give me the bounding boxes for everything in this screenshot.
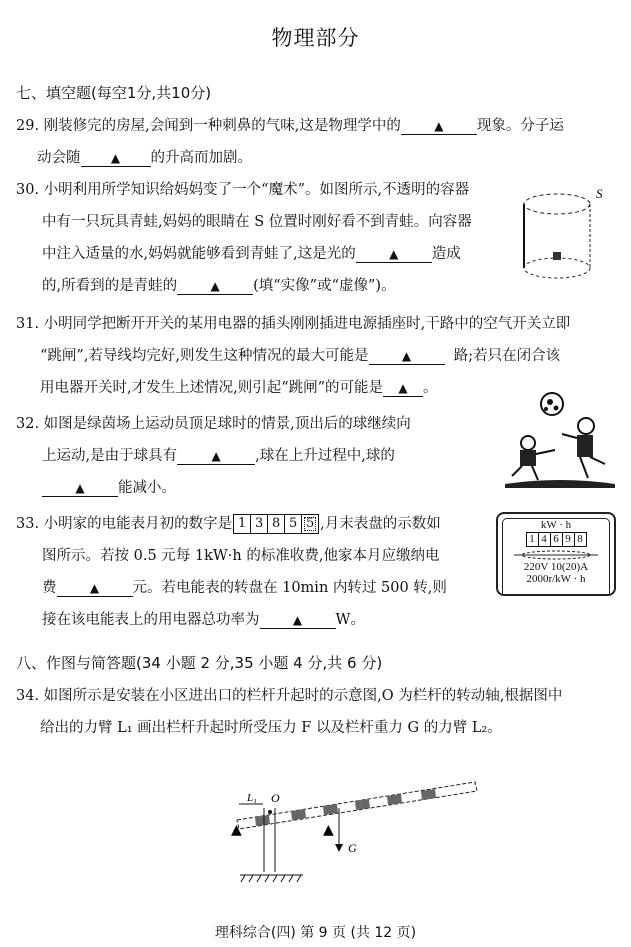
question-29-line1: 29. 刚装修完的房屋,会闻到一种刺鼻的气味,这是物理学中的▲现象。分子运: [16, 116, 564, 136]
answer-blank[interactable]: ▲: [57, 580, 133, 597]
player-left-icon: [521, 436, 535, 450]
barrier-pole: [237, 782, 477, 829]
meter-unit: kW · h: [503, 519, 609, 531]
meter-start-reading: 13855: [233, 514, 319, 534]
question-30-line4: 的,所看到的是青蛙的▲(填“实像”或“虚像”)。: [42, 276, 396, 296]
question-30-line3: 中注入适量的水,妈妈就能够看到青蛙了,这是光的▲造成: [42, 244, 461, 264]
answer-blank[interactable]: ▲: [81, 150, 151, 167]
question-32-line3: ▲能减小。: [42, 478, 176, 498]
meter-rating: 220V 10(20)A: [503, 561, 609, 573]
answer-blank[interactable]: ▲: [42, 480, 118, 497]
question-32-line2: 上运动,是由于球具有▲,球在上升过程中,球的: [42, 446, 395, 466]
eye-position-s-label: S: [596, 186, 603, 201]
gravity-g-label: G: [348, 841, 357, 855]
grass-icon: [505, 480, 615, 488]
answer-blank-marker-left: ▲: [231, 822, 242, 838]
pivot-o-label: O: [271, 791, 280, 805]
barrier-gate-figure: L₁ O G ▲ ▲: [225, 770, 485, 890]
meter-constant: 2000r/kW · h: [503, 573, 609, 585]
question-32-line1: 32. 如图是绿茵场上运动员顶足球时的情景,顶出后的球继续向: [16, 414, 411, 434]
answer-blank[interactable]: ▲: [383, 380, 423, 397]
question-33-line2: 图所示。若按 0.5 元每 1kW·h 的标准收费,他家本月应缴纳电: [42, 546, 439, 566]
question-34-line1: 34. 如图所示是安装在小区进出口的栏杆升起时的示意图,O 为栏杆的转动轴,根据…: [16, 686, 562, 706]
question-31-line2: “跳闸”,若导线均完好,则发生这种情况的最大可能是▲ 路;若只在闭合该: [40, 346, 560, 366]
question-29-line2: 动会随▲的升高而加剧。: [37, 148, 252, 168]
question-34-line2: 给出的力臂 L₁ 画出栏杆升起时所受压力 F 以及栏杆重力 G 的力臂 L₂。: [40, 718, 502, 738]
question-30-line1: 30. 小明利用所学知识给妈妈变了一个“魔术”。如图所示,不透明的容器: [16, 180, 469, 200]
answer-blank-marker-right: ▲: [323, 822, 334, 838]
pivot-point-icon: [268, 810, 272, 814]
question-33-line1: 33. 小明家的电能表月初的数字是13855,月末表盘的示数如: [16, 514, 441, 534]
question-33-line3: 费▲元。若电能表的转盘在 10min 内转过 500 转,则: [42, 578, 447, 598]
electric-meter-figure: kW · h 14698 220V 10(20)A 2000r/kW · h: [496, 512, 616, 596]
lever-arm-l1-label: L₁: [246, 792, 257, 804]
section-7-heading: 七、填空题(每空1分,共10分): [16, 82, 211, 103]
player-right-icon: [578, 418, 594, 434]
meter-end-reading: 14698: [526, 532, 587, 547]
answer-blank[interactable]: ▲: [369, 348, 445, 365]
meter-disc-icon: [506, 549, 606, 561]
section-8-heading: 八、作图与简答题(34 小题 2 分,35 小题 4 分,共 6 分): [16, 652, 382, 673]
question-31-line1: 31. 小明同学把断开开关的某用电器的插头刚刚插进电源插座时,干路中的空气开关立…: [16, 314, 570, 334]
question-30-line2: 中有一只玩具青蛙,妈妈的眼睛在 S 位置时刚好看不到青蛙。向容器: [42, 212, 472, 232]
answer-blank[interactable]: ▲: [177, 448, 255, 465]
question-31-line3: 用电器开关时,才发生上述情况,则引起“跳闸”的可能是▲。: [40, 378, 438, 398]
answer-blank[interactable]: ▲: [401, 118, 477, 135]
gravity-arrow-icon: [335, 844, 343, 852]
soccer-players-figure: [500, 388, 620, 488]
cylinder-frog-figure: S: [520, 180, 620, 290]
answer-blank[interactable]: ▲: [177, 278, 253, 295]
answer-blank[interactable]: ▲: [356, 246, 432, 263]
page-footer: 理科综合(四) 第 9 页 (共 12 页): [0, 922, 631, 942]
page-title: 物理部分: [0, 22, 631, 52]
question-33-line4: 接在该电能表上的用电器总功率为▲W。: [42, 610, 365, 630]
answer-blank[interactable]: ▲: [260, 612, 336, 629]
frog-icon: [553, 252, 561, 260]
